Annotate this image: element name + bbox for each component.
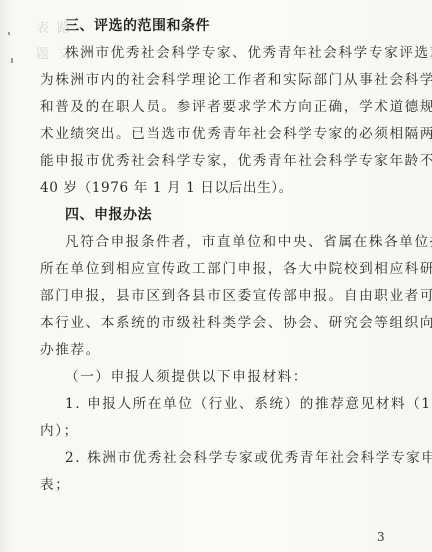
paragraph-line: 和普及的在职人员。参评者要求学术方向正确，学术道德规范，学 <box>40 99 388 115</box>
list-item-line: 2. 株洲市优秀社会科学专家或优秀青年社会科学专家申报 <box>65 450 388 466</box>
list-item-line: 内）； <box>40 423 388 439</box>
paragraph-line: 本行业、本系统的市级社科类学会、协会、研究会等组织向市评审 <box>40 315 388 331</box>
paragraph-line: 所在单位到相应宣传政工部门申报，各大中院校到相应科研管理 <box>40 261 388 277</box>
list-item-line: 1. 申报人所在单位（行业、系统）的推荐意见材料（1000 字以 <box>65 396 388 412</box>
paragraph-line: 办推荐。 <box>40 342 388 358</box>
paragraph-line: 为株洲市内的社会科学理论工作者和实际部门从事社会科学研究 <box>40 72 388 88</box>
paragraph-line: 株洲市优秀社会科学专家、优秀青年社会科学专家评选对象 <box>65 45 388 61</box>
scan-mark <box>8 32 10 35</box>
paragraph-line: 部门申报，县市区到各县市区委宣传部申报。自由职业者可通过 <box>40 288 388 304</box>
scan-mark <box>11 58 13 63</box>
paragraph-line: 凡符合申报条件者，市直单位和中央、省属在株各单位按本人 <box>65 234 388 250</box>
subheading-materials: （一）申报人须提供以下申报材料： <box>65 369 388 385</box>
page-number: 3 <box>377 530 385 544</box>
paragraph-line: 术业绩突出。已当选市优秀青年社会科学专家的必须相隔两届才 <box>40 126 388 142</box>
section-heading-method: 四、申报办法 <box>65 207 388 223</box>
paragraph-line: 能申报市优秀社会科学专家，优秀青年社会科学专家年龄不超过 <box>40 153 388 169</box>
document-page: 表 路 题 文 三、评选的范围和条件 株洲市优秀社会科学专家、优秀青年社会科学专… <box>0 0 432 552</box>
section-heading-scope: 三、评选的范围和条件 <box>65 18 388 34</box>
paragraph-line: 40 岁（1976 年 1 月 1 日以后出生）。 <box>40 180 388 196</box>
list-item-line: 表； <box>40 477 388 493</box>
